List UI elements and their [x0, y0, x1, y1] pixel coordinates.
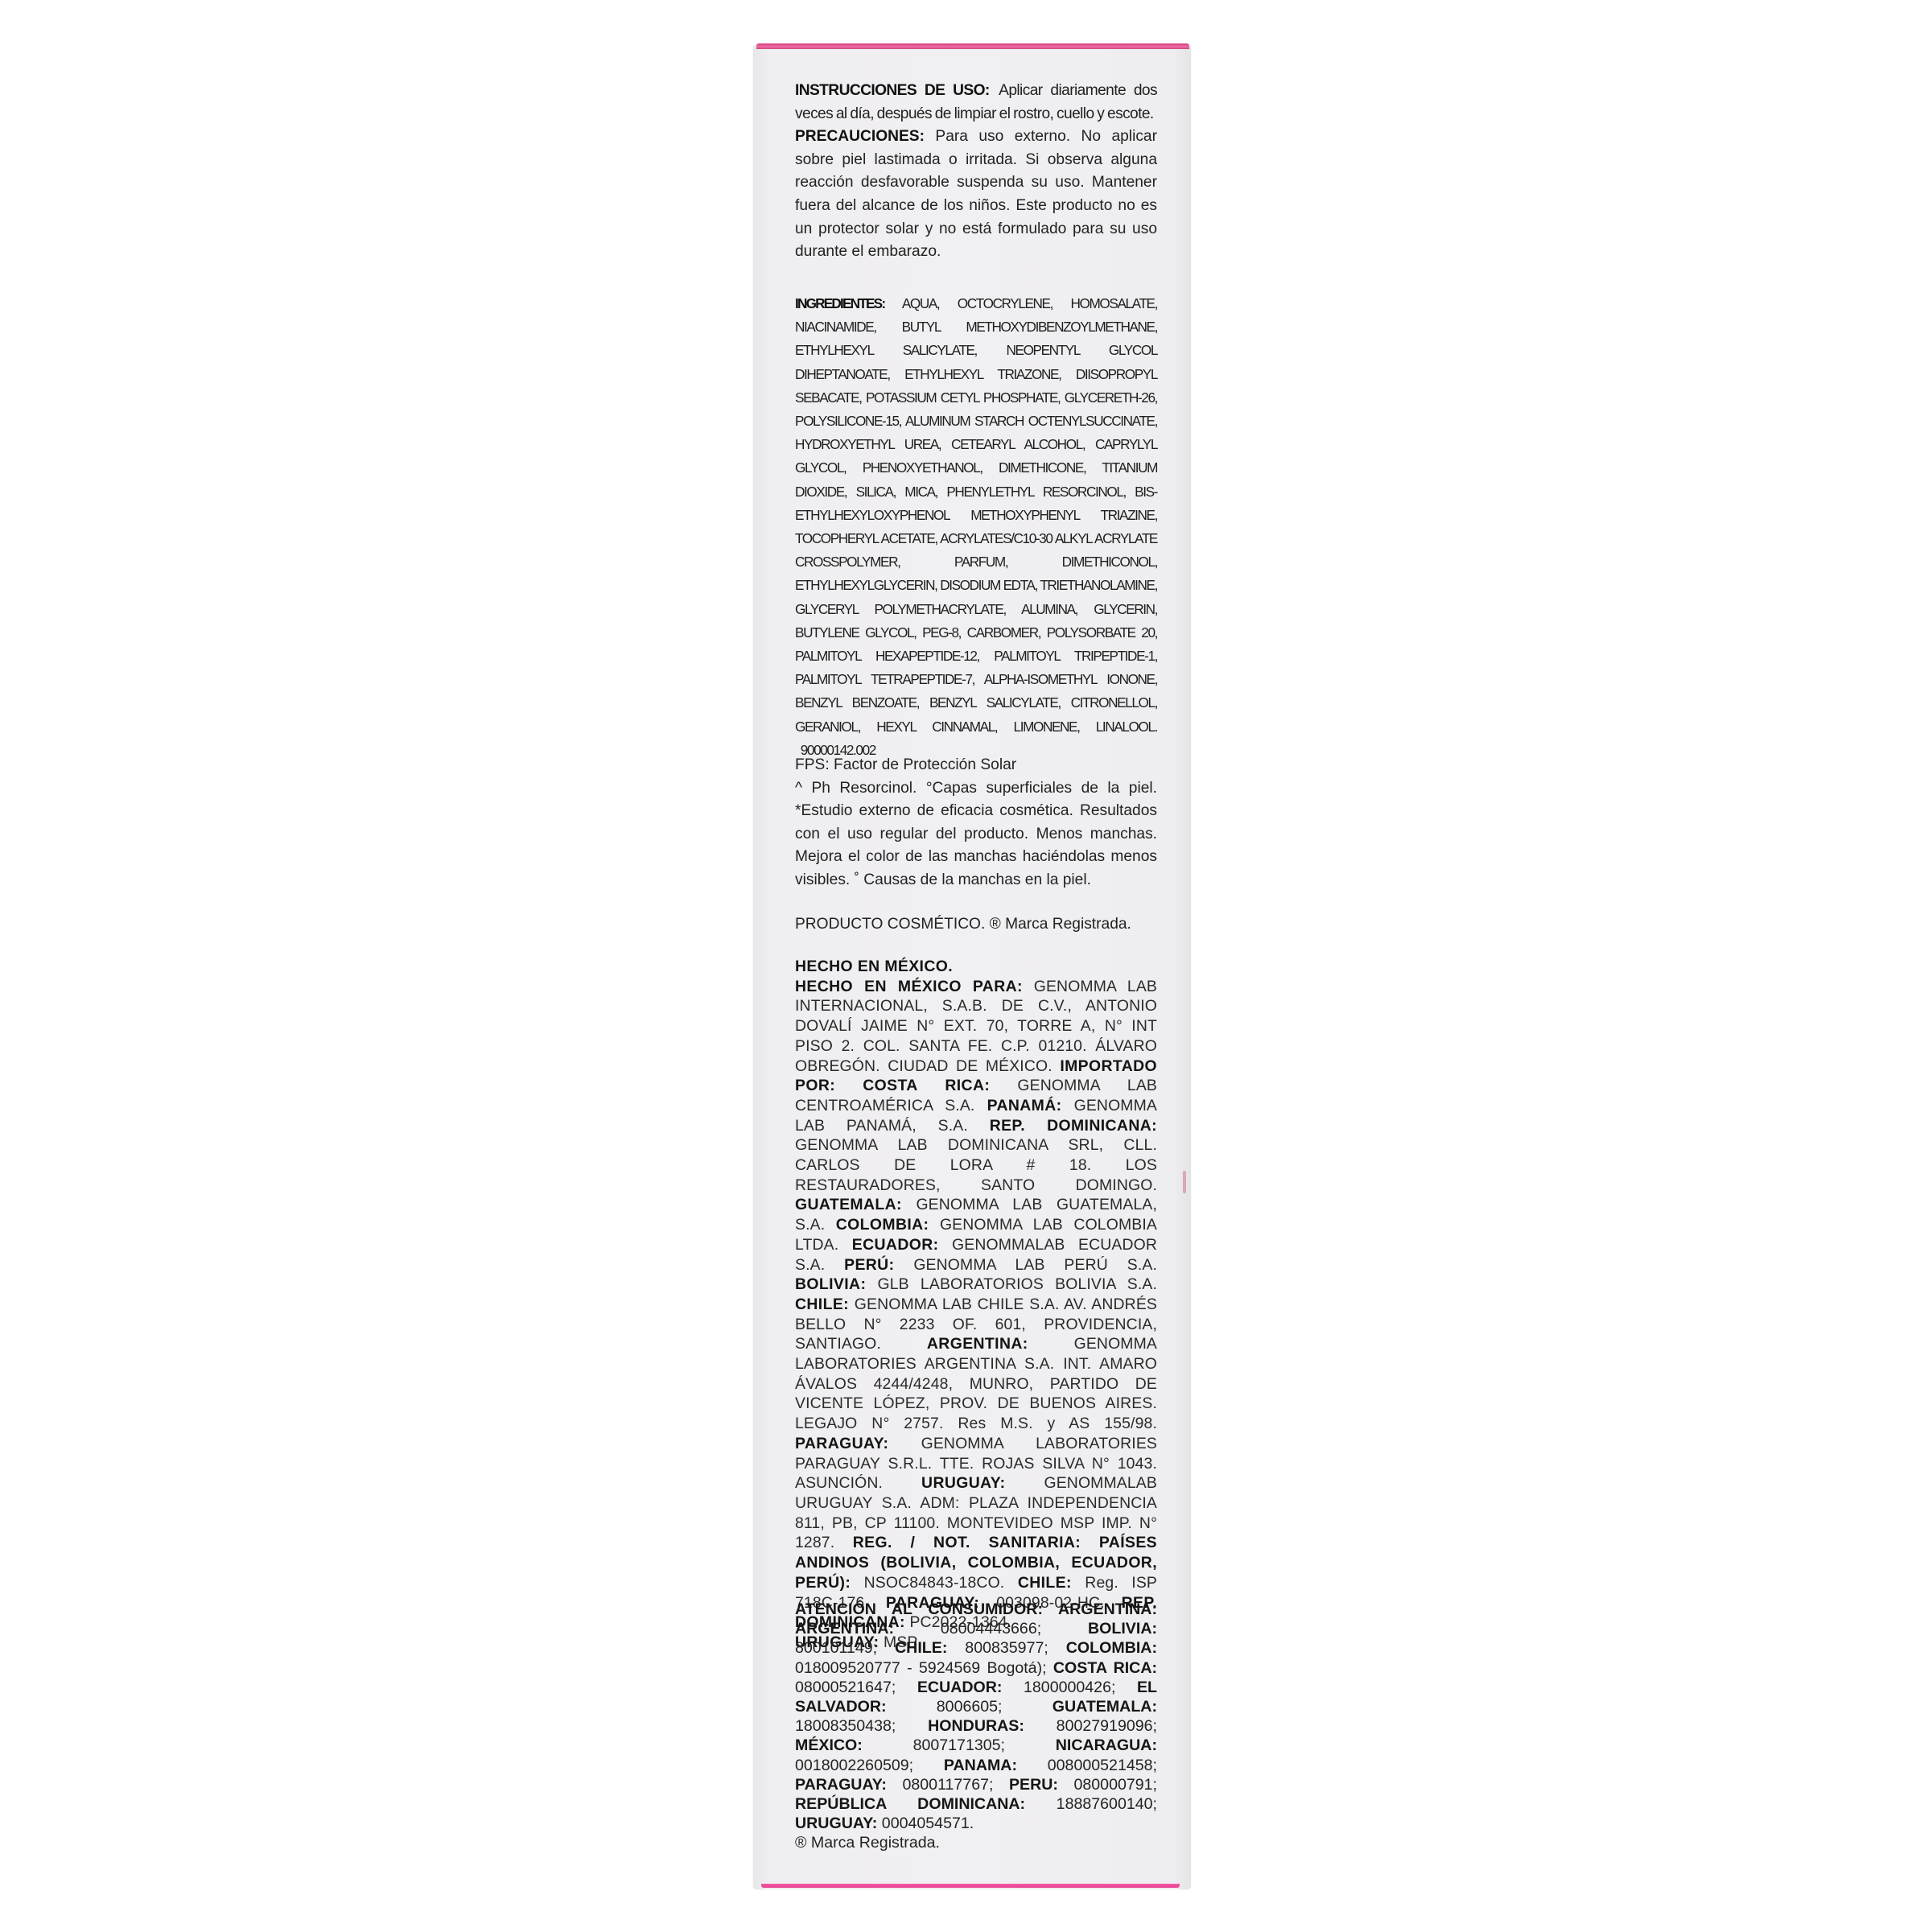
contact-uruguay: URUGUAY: 0004054571. [795, 1815, 974, 1832]
manufacturer-section: HECHO EN MÉXICO. HECHO EN MÉXICO PARA: G… [795, 957, 1157, 1653]
consumer-service-section: ATENCIÓN AL CONSUMIDOR: ARGENTINA: ARGEN… [795, 1600, 1157, 1853]
contact-honduras: HONDURAS: 80027919096; [928, 1717, 1157, 1735]
contact-paraguay: PARAGUAY: 0800117767; [795, 1776, 993, 1794]
made-in-label: HECHO EN MÉXICO. [795, 957, 1157, 977]
made-for-label: HECHO EN MÉXICO PARA: [795, 978, 1023, 995]
cosmetic-note: PRODUCTO COSMÉTICO. ® Marca Registrada. [795, 913, 1157, 937]
contact-chile: CHILE: 800835977; [895, 1639, 1048, 1657]
trademark-note: ® Marca Registrada. [795, 1833, 1157, 1852]
footnotes: ^ Ph Resorcinol. °Capas superficiales de… [795, 777, 1157, 892]
precautions-label: PRECAUCIONES: [795, 128, 925, 145]
box-top-pink-edge [756, 43, 1189, 49]
contact-peru: PERU: 080000791; [1009, 1776, 1157, 1794]
importer-bolivia: BOLIVIA: GLB LABORATORIOS BOLIVIA S.A. [795, 1275, 1157, 1293]
contact-panama: PANAMA: 008000521458; [944, 1757, 1157, 1774]
notes-section: FPS: Factor de Protección Solar ^ Ph Res… [795, 754, 1157, 936]
importer-peru: PERÚ: GENOMMA LAB PERÚ S.A. [844, 1256, 1157, 1274]
precautions-paragraph: PRECAUCIONES: Para uso externo. No aplic… [795, 126, 1157, 264]
contact-argentina: ARGENTINA: 08004443666; [795, 1620, 1041, 1637]
ingredients-list: AQUA, OCTOCRYLENE, HOMOSALATE, NIACINAMI… [795, 295, 1157, 735]
usage-section: INSTRUCCIONES DE USO: Aplicar diariament… [795, 80, 1157, 264]
consumer-service-label: ATENCIÓN AL CONSUMIDOR: ARGENTINA: [795, 1600, 1157, 1618]
contact-ecuador: ECUADOR: 1800000426; [917, 1679, 1116, 1696]
contact-republica-dominicana: REPÚBLICA DOMINICANA: 18887600140; [795, 1795, 1157, 1813]
box-bottom-pink-edge [761, 1884, 1180, 1888]
manufacturer-paragraph: HECHO EN MÉXICO PARA: GENOMMA LAB INTERN… [795, 977, 1157, 1653]
consumer-service-paragraph: ATENCIÓN AL CONSUMIDOR: ARGENTINA: ARGEN… [795, 1600, 1157, 1833]
instructions-paragraph: INSTRUCCIONES DE USO: Aplicar diariament… [795, 80, 1157, 126]
ingredients-label: INGREDIENTES: [795, 295, 884, 311]
instructions-label: INSTRUCCIONES DE USO: [795, 82, 990, 99]
precautions-text: Para uso externo. No aplicar sobre piel … [795, 128, 1157, 260]
ingredients-paragraph: INGREDIENTES: AQUA, OCTOCRYLENE, HOMOSAL… [795, 292, 1157, 762]
ingredients-section: INGREDIENTES: AQUA, OCTOCRYLENE, HOMOSAL… [795, 292, 1157, 762]
contact-mexico: MÉXICO: 8007171305; [795, 1736, 1005, 1754]
fps-note: FPS: Factor de Protección Solar [795, 754, 1157, 777]
box-side-pink-mark [1183, 1171, 1186, 1193]
